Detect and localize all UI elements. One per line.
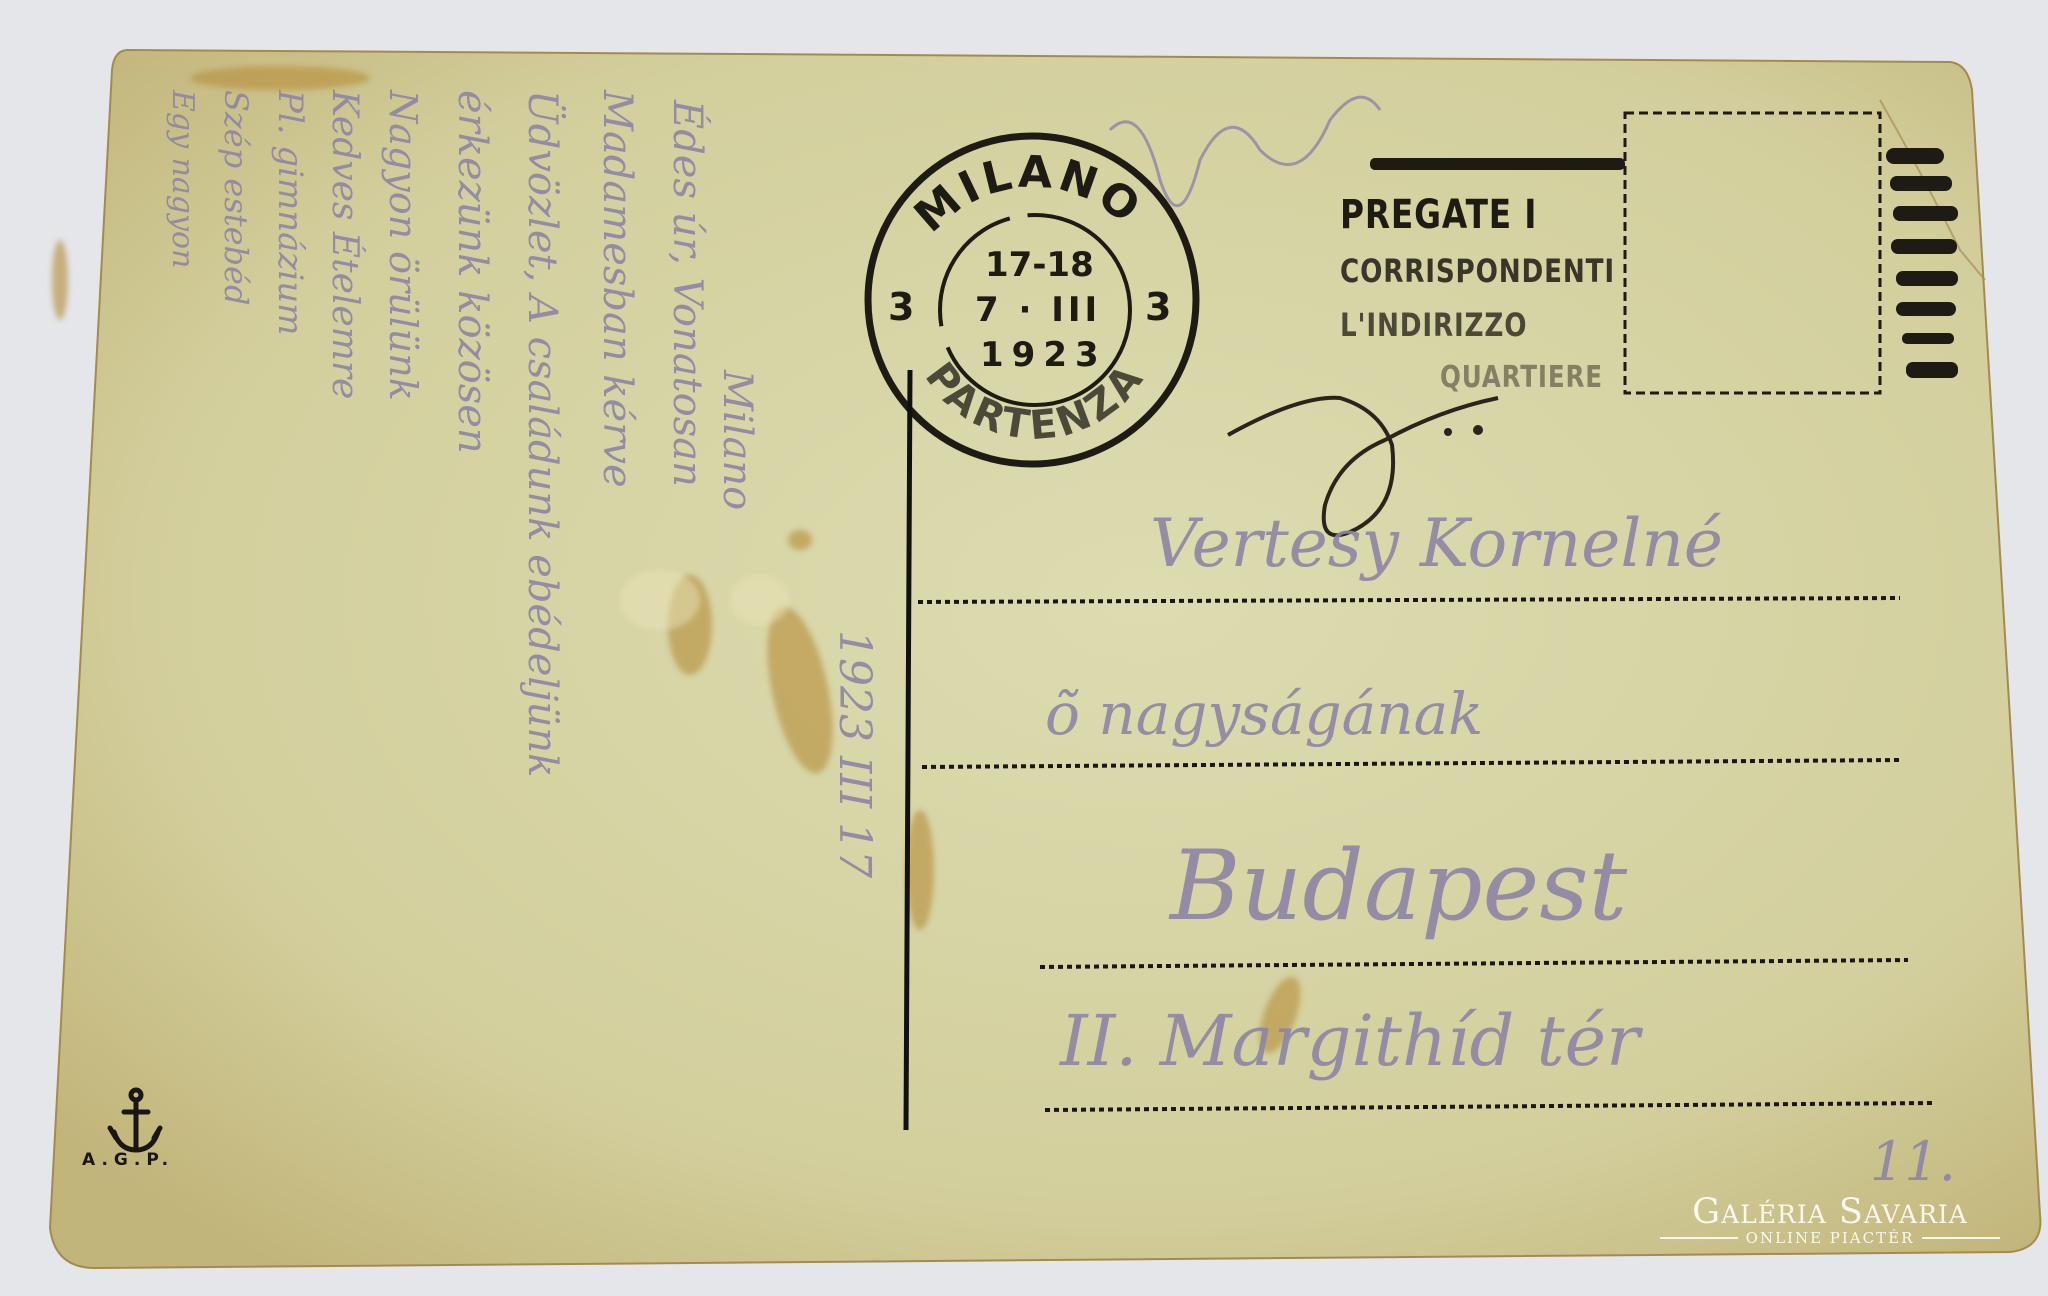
handwritten-message: Milano Édes úr, Vonatosan Madamesban kér…: [120, 70, 900, 1230]
watermark-rule-right: [1922, 1237, 2000, 1239]
message-line: Nagyon örülünk: [381, 90, 425, 401]
message-line: Üdvözlet, A családunk ebédeljünk: [519, 90, 565, 777]
slogan-line-1: PREGATE I: [1340, 192, 1578, 238]
message-line: Édes úr, Vonatosan: [664, 100, 710, 487]
postmark-right-number: 3: [1145, 285, 1171, 329]
message-line: Kedves Ételemre: [324, 90, 365, 399]
address-line-1: Vertesy Kornelné: [1150, 505, 1723, 582]
message-line: Szép estebéd: [217, 90, 255, 305]
watermark-title: Galéria Savaria: [1660, 1193, 2000, 1231]
postmark-date: 7 · III: [975, 290, 1101, 330]
watermark-logo: Galéria Savaria ONLINE PIACTÉR: [1660, 1193, 2000, 1247]
slogan-line-4: QUARTIERE: [1440, 360, 1678, 395]
postmark-time: 17-18: [985, 245, 1094, 285]
address-line-3: Budapest: [1170, 830, 1627, 942]
publisher-mark: A.G.P.: [82, 1150, 174, 1170]
message-date: 1923 III 17: [829, 630, 880, 878]
message-line: Madamesban kérve: [594, 90, 640, 488]
address-line-2: õ nagyságának: [1045, 680, 1483, 748]
watermark-rule-left: [1660, 1237, 1738, 1239]
message-line: Milano: [714, 370, 760, 510]
message-line: Pl. gimnázium: [270, 90, 310, 335]
message-line: érkezünk közösen: [449, 90, 495, 454]
postcard: MILANO PARTENZA: [0, 0, 2048, 1296]
watermark-subtitle: ONLINE PIACTÉR: [1746, 1229, 1915, 1247]
message-line: Egy nagyon: [165, 90, 200, 268]
address-line-5: 11.: [1870, 1130, 1956, 1193]
slogan-bar: [1370, 158, 1625, 170]
slogan-line-2: CORRISPONDENTI: [1340, 252, 1578, 290]
postmark-year: 1923: [980, 335, 1107, 375]
address-line-4: II. Margithíd tér: [1060, 1000, 1640, 1082]
slogan-line-3: L'INDIRIZZO: [1340, 306, 1578, 344]
